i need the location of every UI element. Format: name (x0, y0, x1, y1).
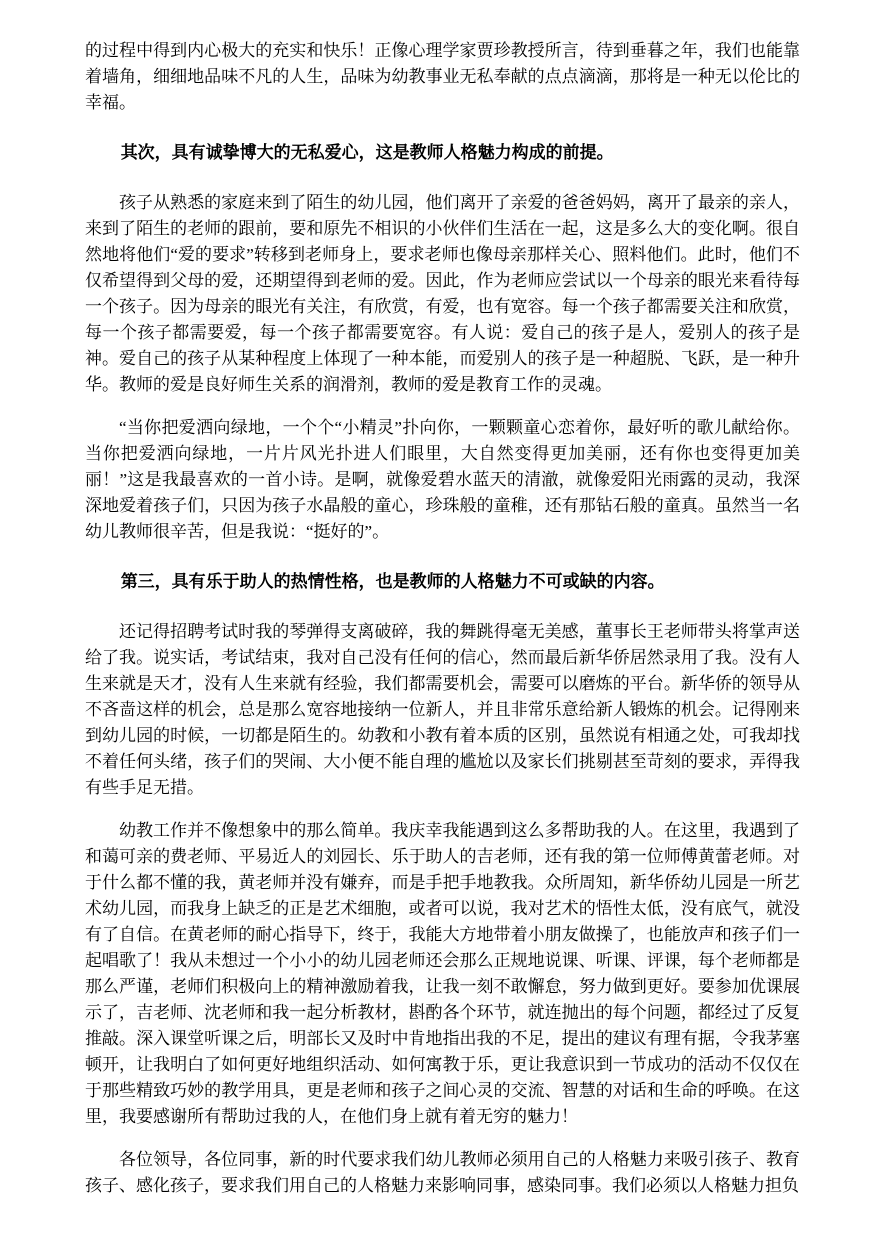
paragraph-preschool-work: 幼教工作并不像想象中的那么简单。我庆幸我能遇到这么多帮助我的人。在这里，我遇到了… (85, 818, 800, 1130)
paragraph-recruitment-exam: 还记得招聘考试时我的琴弹得支离破碎，我的舞跳得毫无美感，董事长王老师带头将掌声送… (85, 619, 800, 801)
section-heading-third: 第三，具有乐于助人的热情性格，也是教师的人格魅力不可或缺的内容。 (85, 569, 800, 595)
paragraph-continuation: 的过程中得到内心极大的充实和快乐！正像心理学家贾珍教授所言，待到垂暮之年，我们也… (85, 38, 800, 116)
paragraph-children-kindergarten: 孩子从熟悉的家庭来到了陌生的幼儿园，他们离开了亲爱的爸爸妈妈，离开了最亲的亲人，… (85, 190, 800, 398)
paragraph-poem-love: “当你把爱洒向绿地，一个个“小精灵”扑向你，一颗颗童心恋着你，最好听的歌儿献给你… (85, 415, 800, 545)
section-heading-second: 其次，具有诚挚博大的无私爱心，这是教师人格魅力构成的前提。 (85, 140, 800, 166)
document-page: 的过程中得到内心极大的充实和快乐！正像心理学家贾珍教授所言，待到垂暮之年，我们也… (0, 0, 884, 1250)
paragraph-closing-address: 各位领导，各位同事，新的时代要求我们幼儿教师必须用自己的人格魅力来吸引孩子、教育… (85, 1147, 800, 1199)
